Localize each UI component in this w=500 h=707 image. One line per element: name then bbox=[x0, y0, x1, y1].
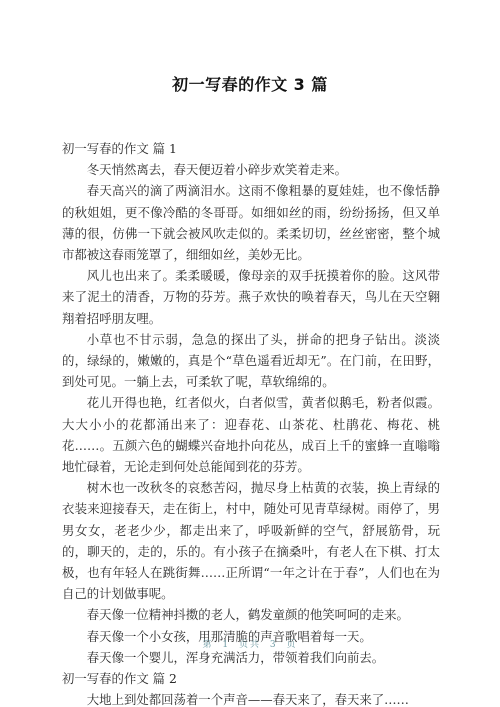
page-number-footer: 第 1 页共 3 页 bbox=[0, 638, 500, 652]
paragraph: 树木也一改秋冬的哀愁苦闷，抛尽身上枯黄的衣装，换上青绿的衣装来迎接春天，走在街上… bbox=[62, 477, 440, 604]
paragraph: 春天高兴的滴了两滴泪水。这雨不像粗暴的夏娃娃，也不像恬静的秋姐姐，更不像冷酷的冬… bbox=[62, 180, 440, 265]
document-page: 初一写春的作文 3 篇 初一写春的作文 篇 1 冬天悄然离去，春天便迈着小碎步欢… bbox=[0, 0, 500, 707]
paragraph: 春天像一位精神抖擞的老人，鹤发童颜的他笑呵呵的走来。 bbox=[62, 604, 440, 625]
document-title: 初一写春的作文 3 篇 bbox=[0, 74, 500, 96]
paragraph: 风儿也出来了。柔柔暖暖，像母亲的双手抚摸着你的脸。这风带来了泥土的清香，万物的芬… bbox=[62, 265, 440, 329]
paragraph: 大地上到处都回荡着一个声音——春天来了，春天来了…… bbox=[62, 689, 440, 707]
paragraph: 小草也不甘示弱，急急的探出了头，拼命的把身子钻出。淡淡的，绿绿的，嫩嫩的，真是个… bbox=[62, 329, 440, 393]
section-heading-1: 初一写春的作文 篇 1 bbox=[62, 138, 440, 159]
paragraph: 花儿开得也艳，红者似火，白者似雪，黄者似鹅毛，粉者似霞。大大小小的花都涌出来了：… bbox=[62, 392, 440, 477]
document-body: 初一写春的作文 篇 1 冬天悄然离去，春天便迈着小碎步欢笑着走来。 春天高兴的滴… bbox=[62, 138, 440, 707]
paragraph: 冬天悄然离去，春天便迈着小碎步欢笑着走来。 bbox=[62, 159, 440, 180]
section-heading-2: 初一写春的作文 篇 2 bbox=[62, 668, 440, 689]
